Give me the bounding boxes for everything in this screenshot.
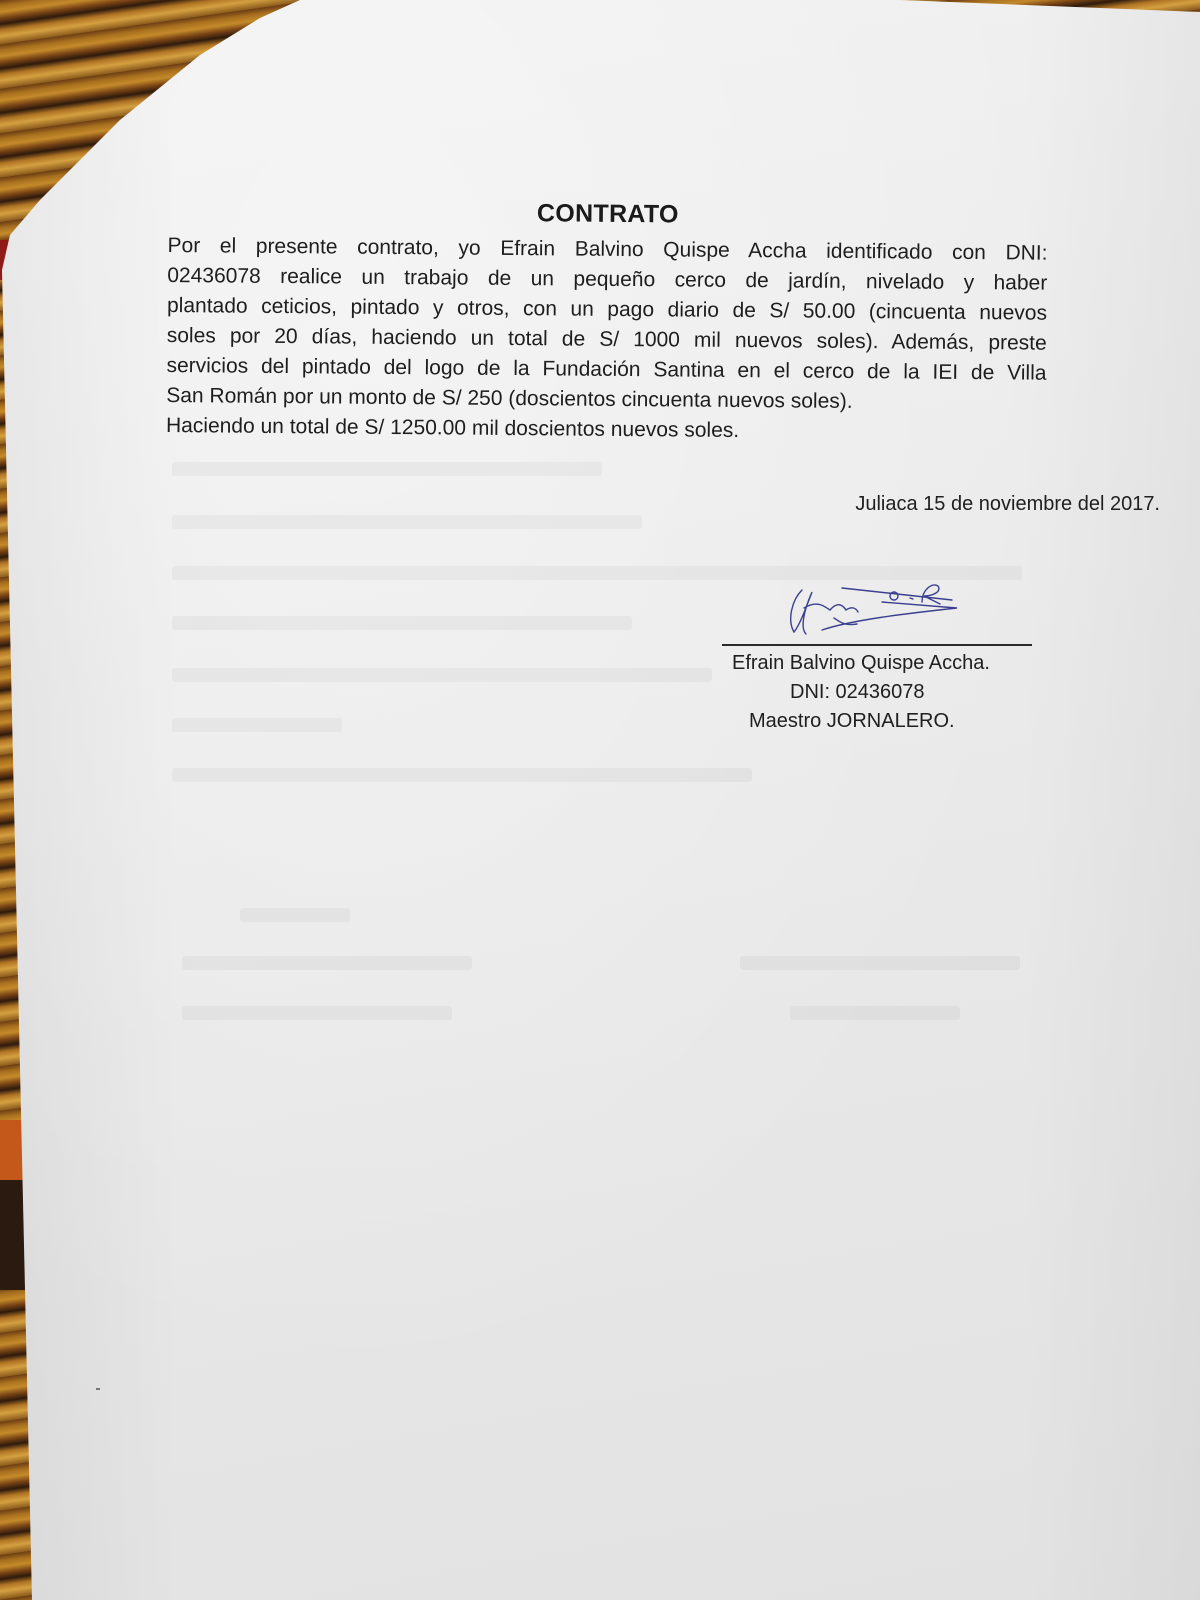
body-line: Haciendo un total de S/ 1250.00 mil dosc…	[166, 411, 1046, 449]
document-title: CONTRATO	[168, 196, 1048, 233]
show-through-text	[182, 1006, 452, 1020]
show-through-text	[740, 956, 1020, 970]
paper-speck	[96, 1388, 100, 1390]
paper-sheet: CONTRATO Por el presente contrato, yo Ef…	[0, 0, 1200, 1600]
signatory-role: Maestro JORNALERO.	[749, 710, 955, 733]
show-through-text	[172, 768, 752, 782]
handwritten-signature-icon	[782, 580, 972, 640]
signatory-name: Efrain Balvino Quispe Accha.	[732, 652, 990, 675]
show-through-text	[182, 956, 472, 970]
show-through-text	[172, 515, 642, 529]
show-through-text	[172, 616, 632, 630]
signature-line	[722, 644, 1032, 646]
show-through-text	[240, 908, 350, 922]
contract-content: CONTRATO Por el presente contrato, yo Ef…	[166, 196, 1048, 449]
show-through-text	[172, 718, 342, 732]
show-through-text	[172, 668, 712, 682]
show-through-text	[172, 566, 1022, 580]
date-line: Juliaca 15 de noviembre del 2017.	[855, 493, 1160, 516]
signatory-dni: DNI: 02436078	[790, 681, 925, 704]
show-through-text	[172, 462, 602, 476]
show-through-text	[790, 1006, 960, 1020]
contract-body: Por el presente contrato, yo Efrain Balv…	[166, 231, 1048, 449]
